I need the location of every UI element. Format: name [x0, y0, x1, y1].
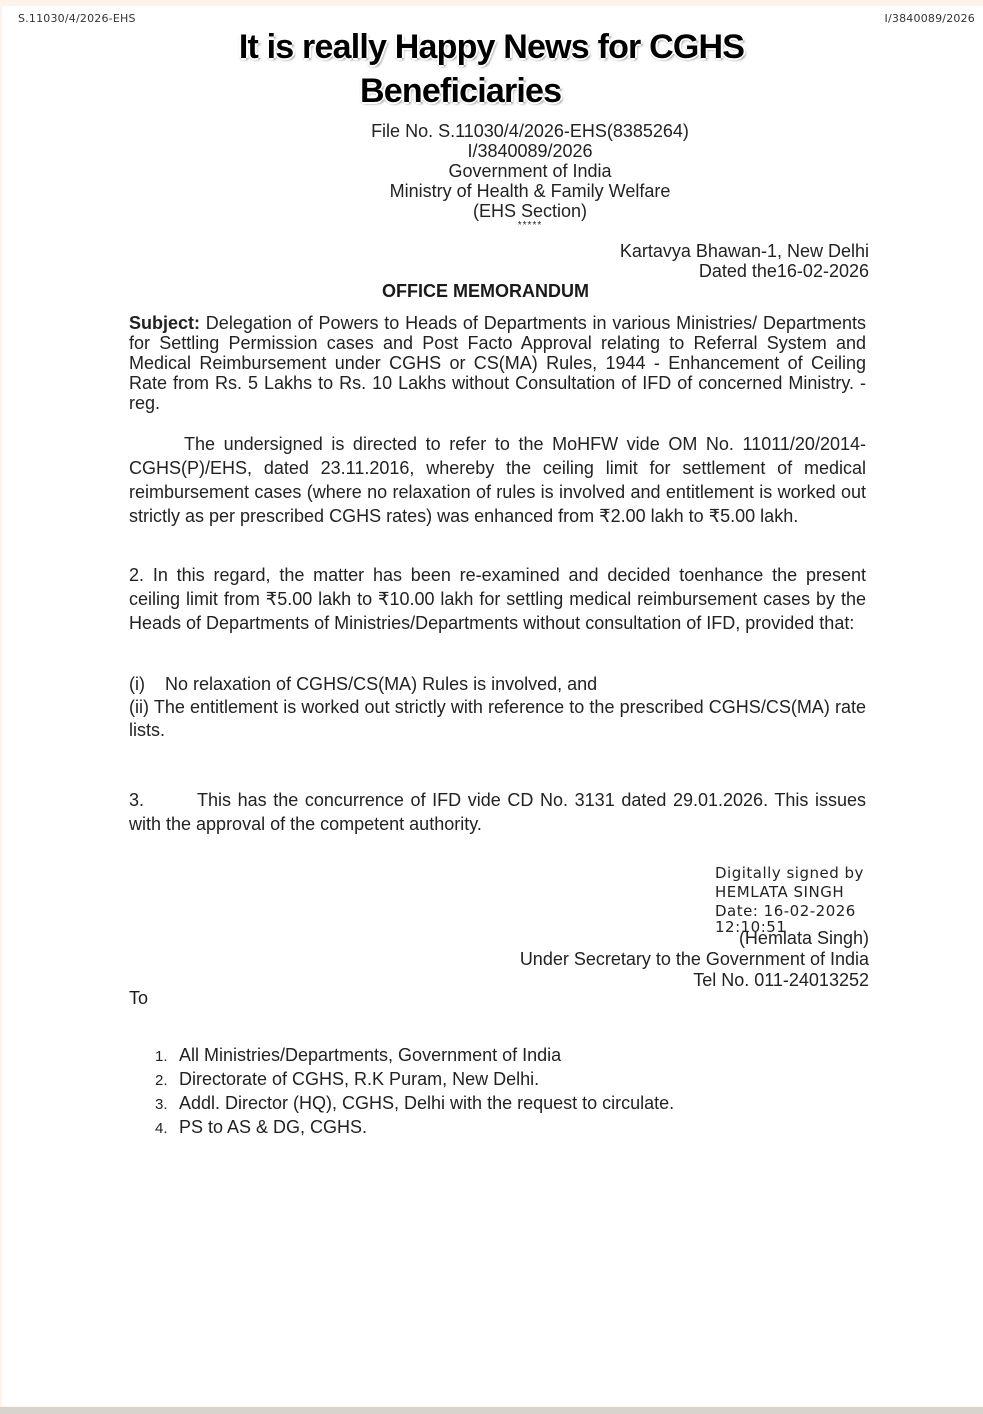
separator-stars: *****	[330, 221, 730, 231]
list-item: 1.All Ministries/Departments, Government…	[155, 1044, 674, 1068]
paragraph-3: 3.This has the concurrence of IFD vide C…	[129, 788, 866, 836]
header-receipt-ref: I/3840089/2026	[885, 12, 975, 25]
letterhead: File No. S.11030/4/2026-EHS(8385264) I/3…	[330, 121, 730, 231]
recipient-list: 1.All Ministries/Departments, Government…	[155, 1044, 674, 1140]
list-item: 2.Directorate of CGHS, R.K Puram, New De…	[155, 1068, 674, 1092]
digital-signer-name: HEMLATA SINGH	[715, 883, 864, 902]
subject-label: Subject:	[129, 313, 200, 333]
date: Dated the16-02-2026	[620, 261, 869, 281]
list-number: 4.	[155, 1118, 179, 1140]
list-number: 2.	[155, 1070, 179, 1092]
recipient-text: Directorate of CGHS, R.K Puram, New Delh…	[179, 1069, 539, 1089]
recipient-text: Addl. Director (HQ), CGHS, Delhi with th…	[179, 1093, 674, 1113]
list-item: 3.Addl. Director (HQ), CGHS, Delhi with …	[155, 1092, 674, 1116]
recipient-text: All Ministries/Departments, Government o…	[179, 1045, 561, 1065]
condition-2: (ii) The entitlement is worked out stric…	[129, 696, 866, 742]
paragraph-3-text: This has the concurrence of IFD vide CD …	[129, 790, 866, 834]
list-number: 1.	[155, 1046, 179, 1068]
government-name: Government of India	[330, 161, 730, 181]
reference-number: I/3840089/2026	[330, 141, 730, 161]
section-name: (EHS Section)	[330, 201, 730, 221]
page-bottom-edge	[0, 1407, 983, 1414]
list-item: 4.PS to AS & DG, CGHS.	[155, 1116, 674, 1140]
place-date-block: Kartavya Bhawan-1, New Delhi Dated the16…	[620, 241, 869, 281]
subject-paragraph: Subject: Delegation of Powers to Heads o…	[129, 313, 866, 413]
signatory-telephone: Tel No. 011-24013252	[520, 970, 869, 991]
list-number: 3.	[155, 1094, 179, 1116]
recipient-text: PS to AS & DG, CGHS.	[179, 1117, 367, 1137]
paragraph-2: 2. In this regard, the matter has been r…	[129, 563, 866, 635]
digital-signature-stamp: Digitally signed by HEMLATA SINGH Date: …	[715, 864, 864, 933]
signatory-block: (Hemlata Singh) Under Secretary to the G…	[520, 928, 869, 991]
subject-text: Delegation of Powers to Heads of Departm…	[129, 313, 866, 413]
to-label: To	[129, 988, 148, 1009]
overlay-headline-line2: Beneficiaries	[360, 72, 561, 111]
paragraph-1: The undersigned is directed to refer to …	[129, 432, 866, 528]
overlay-headline-line1: It is really Happy News for CGHS	[0, 28, 983, 67]
place: Kartavya Bhawan-1, New Delhi	[620, 241, 869, 261]
signatory-designation: Under Secretary to the Government of Ind…	[520, 949, 869, 970]
condition-1: (i) No relaxation of CGHS/CS(MA) Rules i…	[129, 673, 866, 696]
header-file-ref: S.11030/4/2026-EHS	[18, 12, 136, 25]
digital-sign-label: Digitally signed by	[715, 864, 864, 883]
signatory-name: (Hemlata Singh)	[520, 928, 869, 949]
memo-title: OFFICE MEMORANDUM	[382, 281, 589, 302]
ministry-name: Ministry of Health & Family Welfare	[330, 181, 730, 201]
paragraph-3-number: 3.	[129, 788, 197, 812]
file-number: File No. S.11030/4/2026-EHS(8385264)	[330, 121, 730, 141]
